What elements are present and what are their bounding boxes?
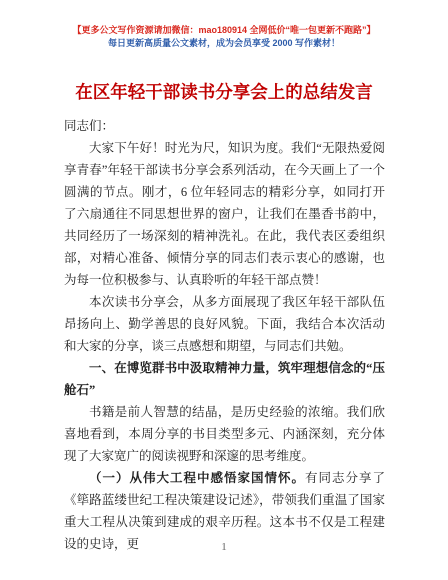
section-heading-1: 一、在博览群书中汲取精神力量，筑牢理想信念的“压舱石” [64, 357, 385, 401]
doc-body: 同志们： 大家下午好！时光为尺，知识为度。我们“无限热爱阅享青春”年轻干部读书分… [64, 115, 385, 555]
page-number: 1 [0, 541, 448, 553]
promo-banner: 【更多公文写作资源请加微信：mao180914 全网低价“唯一包更新不跑路”】 … [0, 0, 448, 50]
salutation: 同志们： [64, 115, 385, 137]
subsection-1-lead: （一）从伟大工程中感悟家国情怀。 [89, 471, 305, 485]
paragraph-books: 书籍是前人智慧的结晶，是历史经验的浓缩。我们欣喜地看到，本周分享的书目类型多元、… [64, 401, 385, 467]
promo-banner-line-2: 每日更新高质量公文素材，成为会员享受 2000 写作素材！ [0, 37, 448, 50]
paragraph-opening: 大家下午好！时光为尺，知识为度。我们“无限热爱阅享青春”年轻干部读书分享会系列活… [64, 137, 385, 291]
paragraph-overview: 本次读书分享会，从多方面展现了我区年轻干部队伍昂扬向上、勤学善思的良好风貌。下面… [64, 291, 385, 357]
doc-title: 在区年轻干部读书分享会上的总结发言 [40, 80, 408, 104]
document-page: 【更多公文写作资源请加微信：mao180914 全网低价“唯一包更新不跑路”】 … [0, 0, 448, 580]
promo-banner-line-1: 【更多公文写作资源请加微信：mao180914 全网低价“唯一包更新不跑路”】 [0, 24, 448, 37]
